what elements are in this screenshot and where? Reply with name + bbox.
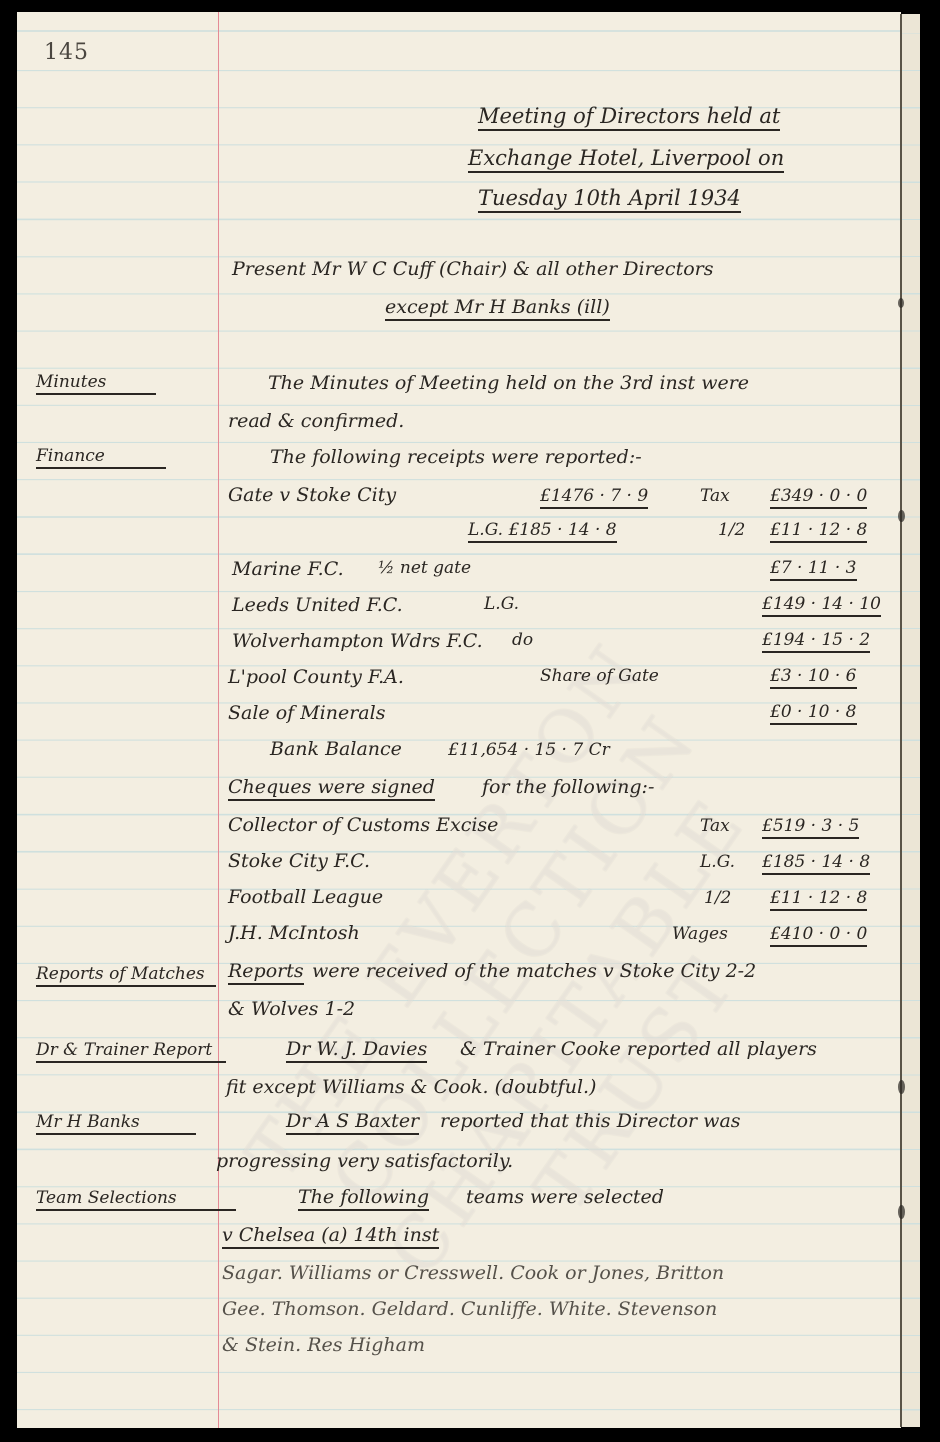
next-page-edge <box>902 14 920 1427</box>
cheque-payee: J.H. McIntosh <box>228 922 360 944</box>
cheque-payee: Football League <box>228 886 383 908</box>
receipt-note: 1/2 <box>718 520 745 540</box>
ink-blot <box>898 1080 905 1094</box>
receipt-amount: £0 · 10 · 8 <box>770 702 857 725</box>
cheque-amount: £185 · 14 · 8 <box>762 852 870 875</box>
finance-intro: The following receipts were reported:- <box>270 446 642 468</box>
cheque-note: Wages <box>672 924 728 944</box>
minutes-line-2: read & confirmed. <box>228 410 404 432</box>
receipt-note: Tax <box>700 486 730 506</box>
page-number: 145 <box>44 40 89 65</box>
receipt-mid: £1476 · 7 · 9 <box>540 486 648 509</box>
reports-line-1: were received of the matches v Stoke Cit… <box>312 960 756 982</box>
receipt-mid: ½ net gate <box>378 558 471 578</box>
bank-balance-label: Bank Balance <box>270 738 402 760</box>
minutes-line-1: The Minutes of Meeting held on the 3rd i… <box>268 372 749 394</box>
team-match: v Chelsea (a) 14th inst <box>222 1224 439 1249</box>
margin-heading-team: Team Selections <box>36 1188 236 1211</box>
team-keyword: The following <box>298 1186 429 1211</box>
team-line-1: teams were selected <box>466 1186 664 1208</box>
receipt-mid: do <box>512 630 533 650</box>
ink-blot <box>898 298 904 308</box>
cheques-intro: Cheques were signed <box>228 776 435 801</box>
cheque-amount: £410 · 0 · 0 <box>770 924 867 947</box>
reports-keyword: Reports <box>228 960 304 985</box>
receipt-amount: £349 · 0 · 0 <box>770 486 867 509</box>
margin-heading-finance: Finance <box>36 446 166 469</box>
receipt-desc: Gate v Stoke City <box>228 484 396 506</box>
margin-heading-reports: Reports of Matches <box>36 964 216 987</box>
receipt-amount: £7 · 11 · 3 <box>770 558 857 581</box>
trainer-doctor: Dr W. J. Davies <box>286 1038 427 1063</box>
receipt-amount: £149 · 14 · 10 <box>762 594 881 617</box>
ink-blot <box>898 1205 905 1219</box>
receipt-desc: Leeds United F.C. <box>232 594 403 616</box>
cheque-payee: Collector of Customs Excise <box>228 814 498 836</box>
heading-line-3: Tuesday 10th April 1934 <box>478 186 741 213</box>
trainer-line-2: fit except Williams & Cook. (doubtful.) <box>226 1076 596 1098</box>
margin-heading-minutes: Minutes <box>36 372 156 395</box>
receipt-amount: £11 · 12 · 8 <box>770 520 867 543</box>
receipt-desc: Sale of Minerals <box>228 702 385 724</box>
receipt-mid: L.G. £185 · 14 · 8 <box>468 520 617 543</box>
trainer-line-1: & Trainer Cooke reported all players <box>460 1038 817 1060</box>
margin-rule <box>218 12 219 1428</box>
ledger-page <box>17 12 901 1428</box>
receipt-desc: L'pool County F.A. <box>228 666 404 688</box>
banks-line-2: progressing very satisfactorily. <box>216 1150 513 1172</box>
receipt-desc: Marine F.C. <box>232 558 344 580</box>
cheque-amount: £519 · 3 · 5 <box>762 816 859 839</box>
heading-line-2: Exchange Hotel, Liverpool on <box>468 146 784 173</box>
present-line-1: Present Mr W C Cuff (Chair) & all other … <box>232 258 713 280</box>
bank-balance-value: £11,654 · 15 · 7 Cr <box>448 740 610 760</box>
present-line-2: except Mr H Banks (ill) <box>385 296 610 321</box>
margin-heading-banks: Mr H Banks <box>36 1112 196 1135</box>
cheque-payee: Stoke City F.C. <box>228 850 370 872</box>
banks-line-1: reported that this Director was <box>440 1110 741 1132</box>
receipt-desc: Wolverhampton Wdrs F.C. <box>232 630 483 652</box>
cheques-intro-rest: for the following:- <box>482 776 654 798</box>
reports-line-2: & Wolves 1-2 <box>228 998 355 1020</box>
team-line-3: Gee. Thomson. Geldard. Cunliffe. White. … <box>222 1298 717 1320</box>
cheque-note: Tax <box>700 816 730 836</box>
ink-blot <box>898 510 905 522</box>
receipt-amount: £194 · 15 · 2 <box>762 630 870 653</box>
banks-doctor: Dr A S Baxter <box>286 1110 419 1135</box>
team-line-4: & Stein. Res Higham <box>222 1334 425 1356</box>
cheque-note: L.G. <box>700 852 735 872</box>
cheque-amount: £11 · 12 · 8 <box>770 888 867 911</box>
receipt-mid: L.G. <box>484 594 519 614</box>
cheque-note: 1/2 <box>704 888 731 908</box>
margin-heading-trainer: Dr & Trainer Report <box>36 1040 226 1063</box>
receipt-mid: Share of Gate <box>540 666 659 686</box>
heading-line-1: Meeting of Directors held at <box>478 104 780 131</box>
receipt-amount: £3 · 10 · 6 <box>770 666 857 689</box>
team-line-2: Sagar. Williams or Cresswell. Cook or Jo… <box>222 1262 724 1284</box>
